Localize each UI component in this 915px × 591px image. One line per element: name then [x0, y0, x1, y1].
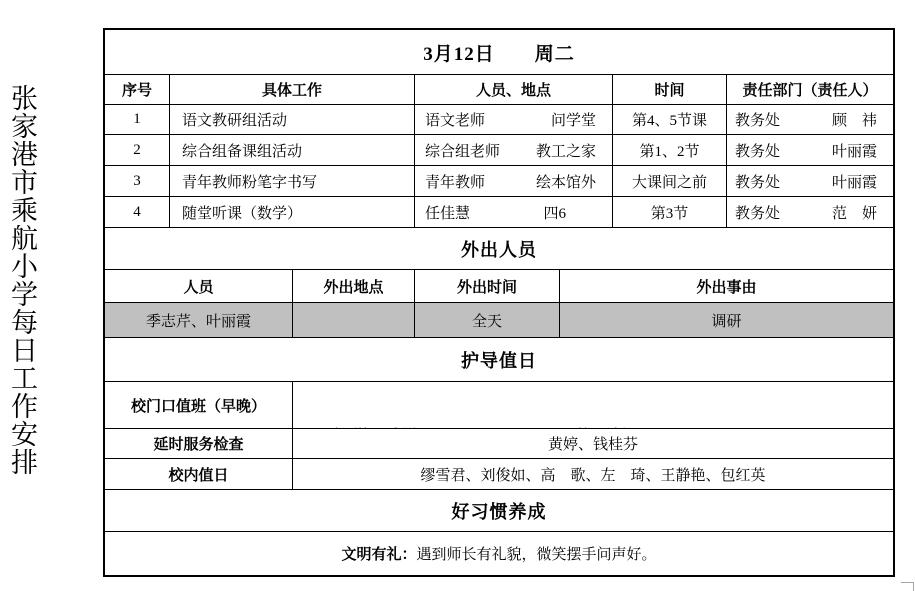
- header-work: 具体工作: [170, 75, 415, 104]
- row-place: 四6: [543, 202, 566, 223]
- row-person: 语文老师: [425, 109, 485, 130]
- row-time: 第1、2节: [613, 135, 727, 165]
- table-row: 2 综合组备课组活动 综合组老师 教工之家 第1、2节 教务处 叶丽霞: [105, 135, 893, 166]
- row-person-place: 综合组老师 教工之家: [415, 135, 613, 165]
- header-time: 时间: [613, 75, 727, 104]
- gate-duty-row: 校门口值班（早晚） 早：冯裕雯、张 鹰、马小白、何 倩 晚（第一时段）：冯裕雯、…: [105, 382, 893, 429]
- habit-label: 文明有礼：: [341, 543, 416, 564]
- outing-data-row: 季志芹、叶丽霞 全天 调研: [105, 303, 893, 338]
- habit-section-title: 好习惯养成: [105, 490, 893, 531]
- row-place: 教工之家: [536, 140, 596, 161]
- delay-check-label: 延时服务检查: [105, 429, 293, 458]
- row-dept-owner: 教务处 叶丽霞: [727, 166, 893, 196]
- row-work: 语文教研组活动: [170, 105, 415, 134]
- outing-section-title: 外出人员: [105, 228, 893, 269]
- outing-person: 季志芹、叶丽霞: [105, 303, 293, 337]
- row-no: 3: [105, 166, 170, 196]
- row-time: 大课间之前: [613, 166, 727, 196]
- outing-section-header-row: 外出人员: [105, 228, 893, 270]
- gate-duty-morning: 早：冯裕雯、张 鹰、马小白、何 倩: [301, 382, 567, 405]
- row-work: 随堂听课（数学）: [170, 197, 415, 227]
- row-dept-owner: 教务处 范 妍: [727, 197, 893, 227]
- habit-content: 文明有礼：遇到师长有礼貌，微笑摆手问声好。: [105, 532, 893, 575]
- gate-duty-evening: 晚（第一时段）：冯裕雯、何 倩第二时段：马小白、张鹰: [301, 405, 731, 428]
- row-no: 4: [105, 197, 170, 227]
- campus-duty-label: 校内值日: [105, 459, 293, 489]
- table-row: 3 青年教师粉笔字书写 青年教师 绘本馆外 大课间之前 教务处 叶丽霞: [105, 166, 893, 197]
- guard-section-title: 护导值日: [105, 338, 893, 381]
- row-person-place: 语文老师 问学堂: [415, 105, 613, 134]
- date-title-row: 3月12日 周二: [105, 30, 893, 75]
- row-dept: 教务处: [735, 109, 780, 130]
- campus-duty-row: 校内值日 缪雪君、刘俊如、高 歌、左 琦、王静艳、包红英: [105, 459, 893, 490]
- header-dept: 责任部门（责任人）: [727, 75, 893, 104]
- row-time: 第4、5节课: [613, 105, 727, 134]
- row-person: 综合组老师: [425, 140, 500, 161]
- habit-text: 遇到师长有礼貌，微笑摆手问声好。: [417, 543, 657, 564]
- row-dept-owner: 教务处 叶丽霞: [727, 135, 893, 165]
- row-time: 第3节: [613, 197, 727, 227]
- habit-content-row: 文明有礼：遇到师长有礼貌，微笑摆手问声好。: [105, 532, 893, 575]
- outing-header-person: 人员: [105, 270, 293, 302]
- row-work: 青年教师粉笔字书写: [170, 166, 415, 196]
- delay-check-names: 黄婷、钱桂芬: [293, 429, 893, 458]
- row-owner: 顾 祎: [832, 109, 877, 130]
- row-owner: 范 妍: [832, 202, 877, 223]
- daily-schedule-table: 3月12日 周二 序号 具体工作 人员、地点 时间 责任部门（责任人） 1 语文…: [103, 28, 895, 577]
- header-no: 序号: [105, 75, 170, 104]
- delay-check-row: 延时服务检查 黄婷、钱桂芬: [105, 429, 893, 459]
- row-no: 2: [105, 135, 170, 165]
- outing-place: [293, 303, 415, 337]
- outing-header-time: 外出时间: [415, 270, 560, 302]
- row-place: 问学堂: [551, 109, 596, 130]
- row-person-place: 任佳慧 四6: [415, 197, 613, 227]
- outing-header-row: 人员 外出地点 外出时间 外出事由: [105, 270, 893, 303]
- outing-reason: 调研: [560, 303, 893, 337]
- row-dept: 教务处: [735, 140, 780, 161]
- row-owner: 叶丽霞: [832, 171, 877, 192]
- gate-duty-content: 早：冯裕雯、张 鹰、马小白、何 倩 晚（第一时段）：冯裕雯、何 倩第二时段：马小…: [293, 382, 893, 428]
- outing-header-reason: 外出事由: [560, 270, 893, 302]
- table-row: 4 随堂听课（数学） 任佳慧 四6 第3节 教务处 范 妍: [105, 197, 893, 228]
- row-dept: 教务处: [735, 202, 780, 223]
- header-person-place: 人员、地点: [415, 75, 613, 104]
- table-row: 1 语文教研组活动 语文老师 问学堂 第4、5节课 教务处 顾 祎: [105, 105, 893, 135]
- row-person-place: 青年教师 绘本馆外: [415, 166, 613, 196]
- campus-duty-names: 缪雪君、刘俊如、高 歌、左 琦、王静艳、包红英: [293, 459, 893, 489]
- row-work: 综合组备课组活动: [170, 135, 415, 165]
- row-place: 绘本馆外: [536, 171, 596, 192]
- habit-section-header-row: 好习惯养成: [105, 490, 893, 532]
- outing-time: 全天: [415, 303, 560, 337]
- date-title: 3月12日 周二: [105, 30, 893, 74]
- outing-header-place: 外出地点: [293, 270, 415, 302]
- gate-duty-label: 校门口值班（早晚）: [105, 382, 293, 428]
- row-no: 1: [105, 105, 170, 134]
- row-person: 青年教师: [425, 171, 485, 192]
- row-dept-owner: 教务处 顾 祎: [727, 105, 893, 134]
- main-header-row: 序号 具体工作 人员、地点 时间 责任部门（责任人）: [105, 75, 893, 105]
- page-corner-mark: [901, 582, 914, 591]
- row-dept: 教务处: [735, 171, 780, 192]
- row-person: 任佳慧: [425, 202, 470, 223]
- row-owner: 叶丽霞: [832, 140, 877, 161]
- guard-section-header-row: 护导值日: [105, 338, 893, 382]
- page-vertical-title: 张家港市乘航小学每日工作安排: [7, 84, 37, 476]
